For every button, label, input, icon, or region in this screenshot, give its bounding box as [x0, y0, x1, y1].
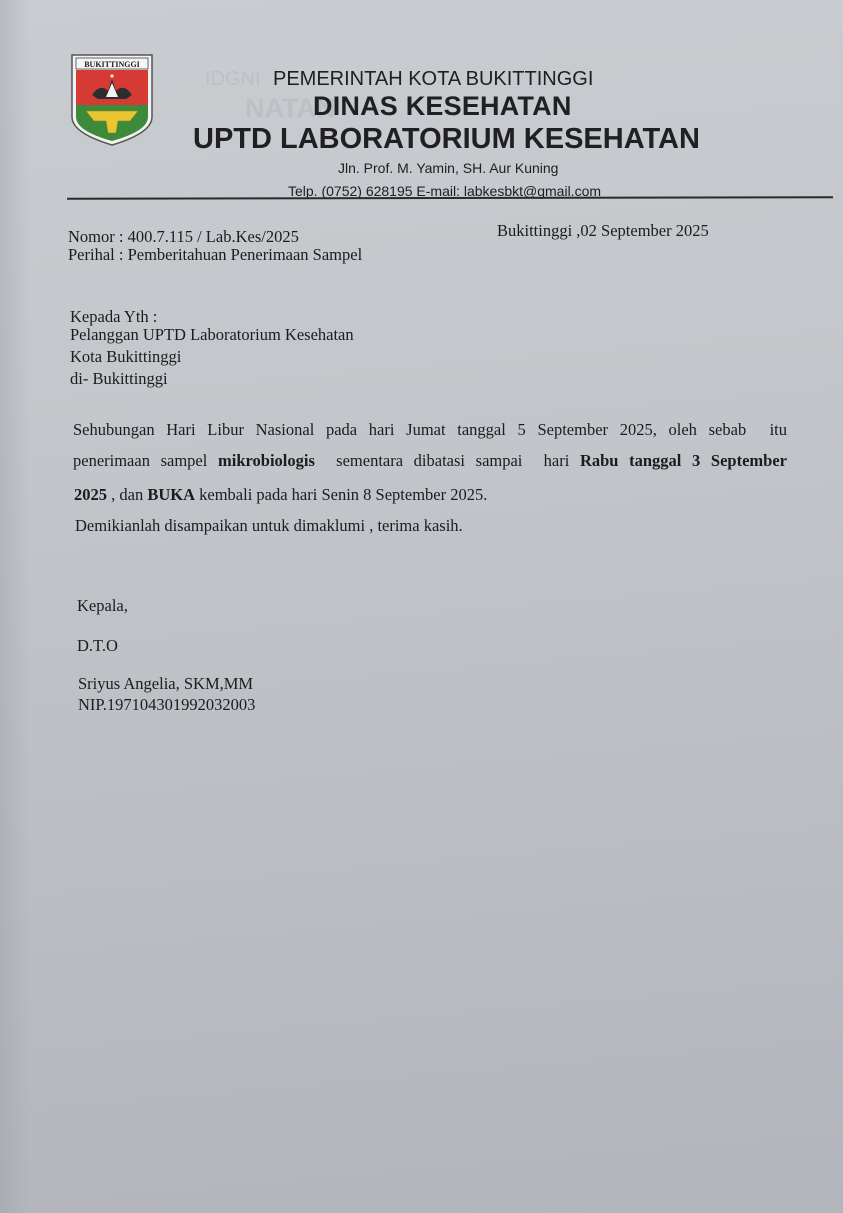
header-address: Jln. Prof. M. Yamin, SH. Aur Kuning	[338, 160, 558, 176]
body-paragraph-line-3: 2025 , dan BUKA kembali pada hari Senin …	[74, 485, 487, 505]
signature-dto: D.T.O	[77, 636, 118, 656]
page-shadow	[0, 0, 30, 1213]
body-paragraph-line-1: Sehubungan Hari Libur Nasional pada hari…	[73, 420, 787, 440]
letterhead-divider	[67, 196, 833, 200]
recipient-line-3: di- Bukittinggi	[70, 369, 168, 389]
body-text: , dan	[107, 485, 147, 504]
signature-title: Kepala,	[77, 596, 128, 616]
header-government: PEMERINTAH KOTA BUKITTINGGI	[273, 68, 593, 91]
header-unit: UPTD LABORATORIUM KESEHATAN	[193, 123, 700, 156]
signature-name: Sriyus Angelia, SKM,MM	[78, 674, 253, 694]
signature-nip: NIP.197104301992032003	[78, 695, 255, 715]
body-text: Sehubungan Hari Libur Nasional pada hari…	[73, 420, 787, 439]
recipient-line-2: Kota Bukittinggi	[70, 347, 181, 367]
recipient-line-1: Pelanggan UPTD Laboratorium Kesehatan	[70, 325, 354, 345]
body-text: penerimaan sampel	[73, 451, 218, 470]
emphasis-buka: BUKA	[147, 485, 195, 504]
city-emblem-logo: BUKITTINGGI	[70, 53, 154, 147]
letter-subject: Perihal : Pemberitahuan Penerimaan Sampe…	[68, 245, 362, 265]
recipient-salutation: Kepada Yth :	[70, 307, 157, 327]
show-through-text: IDGNI	[205, 68, 261, 91]
body-text: sementara dibatasi sampai hari	[315, 451, 580, 470]
closing-line: Demikianlah disampaikan untuk dimaklumi …	[75, 516, 463, 536]
emphasis-year: 2025	[74, 485, 107, 504]
header-agency: DINAS KESEHATAN	[313, 91, 572, 122]
emphasis-mikrobiologis: mikrobiologis	[218, 451, 315, 470]
emphasis-date: Rabu tanggal 3 September	[580, 451, 787, 470]
svg-text:BUKITTINGGI: BUKITTINGGI	[84, 60, 140, 69]
letter-number: Nomor : 400.7.115 / Lab.Kes/2025	[68, 227, 299, 247]
body-paragraph-line-2: penerimaan sampel mikrobiologis sementar…	[73, 451, 787, 471]
place-date: Bukittinggi ,02 September 2025	[497, 221, 709, 241]
body-text: kembali pada hari Senin 8 September 2025…	[195, 485, 487, 504]
